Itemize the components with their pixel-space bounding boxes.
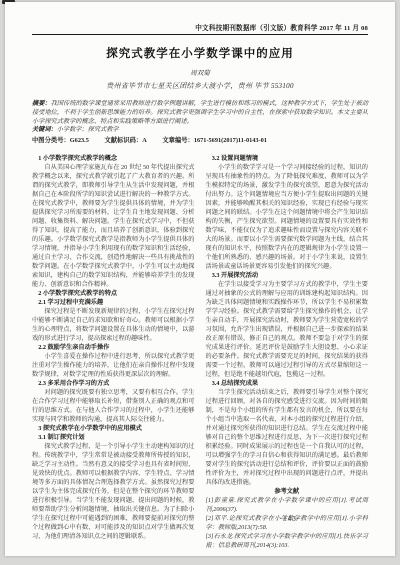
paragraph: 在学生以接受学习为主要学习方式的教学中，学生主要通过对抽象的公式的理解与应用的训…: [206, 280, 369, 379]
article-id: 文章编号：1671-5691(2017)11-0143-01: [162, 137, 267, 144]
header-divider: [32, 34, 368, 35]
subsection-heading: 3.1 制订探究计划: [32, 433, 195, 442]
journal-header: 中文科技期刊数据库（引文版）教育科学 2017 年 11 月 08: [32, 22, 368, 32]
page-number: ·143·: [210, 515, 370, 523]
keywords-text: 小学数学；探究式教学: [57, 126, 119, 133]
abstract-label: 摘要：: [32, 100, 51, 107]
paragraph: 小学生喜爱在操作过程中进行思考，所以探究式教学更注重对学生操作能力的培养，让他们…: [32, 352, 195, 379]
left-column: 1 小学数学探究式教学的概念自从美国心理学家施瓦布在 20 世纪 50 年代提出…: [32, 154, 195, 550]
subsection-heading: 3.4 总结探究成果: [206, 379, 369, 388]
keywords-label: 关键词：: [32, 126, 57, 133]
abstract-text: 我国传统的数学课堂通常采用教师进行数学例题讲解，学生进行模仿和练习的模式，这种教…: [32, 100, 368, 125]
subsection-heading: 2.3 多采用合作学习的方式: [32, 379, 195, 388]
document-code: 文献标识码：A: [104, 137, 146, 144]
section-heading: 1 小学数学探究式教学的概念: [32, 154, 195, 163]
author-affiliation: 贵州省毕节市七星关区团结乡大渡小学，贵州 毕节 553100: [32, 81, 368, 91]
paragraph: 对问题的探究既要有独立思考，又要有相互合作。学生在合作学习过程中能够取长补短，借…: [32, 388, 195, 424]
abstract: 摘要：我国传统的数学课堂通常采用教师进行数学例题讲解，学生进行模仿和练习的模式，…: [32, 100, 368, 126]
keywords: 关键词：小学数学；探究式教学: [32, 126, 368, 135]
author-name: 周双菊: [32, 67, 368, 77]
subsection-heading: 3.3 开展探究活动: [206, 271, 369, 280]
paragraph: 小学生的数学学习是一个学习间接经验的过程，知识的呈现具有抽象性的特点。为了降低探…: [206, 163, 369, 271]
two-column-body: 1 小学数学探究式教学的概念自从美国心理学家施瓦布在 20 世纪 50 年代提出…: [32, 154, 368, 550]
reference-item: [1]彭童童.探究式教学在小学数学课中的应用[J].考试周刊,2006(37).: [206, 496, 369, 514]
subsection-heading: 3.2 设置问题情境: [206, 154, 369, 163]
reference-item: [3]石永龙.探究式学习在小学数学教学中的应用[J].快乐学习报：信息教研周刊,…: [206, 532, 369, 550]
paragraph: 探究过程是不断发现新规律的过程，小学生在探究过程中能够不断满足自己的求知欲和好奇…: [32, 307, 195, 343]
paragraph: 探究式教学过程，是一个引导小学生主动建构知识的过程。传统教学中，学生常常是被动接…: [32, 442, 195, 541]
document-page: 中文科技期刊数据库（引文版）教育科学 2017 年 11 月 08 探究式教学在…: [5, 2, 395, 556]
paragraph: 自从美国心理学家施瓦布在 20 世纪 50 年代提出探究式教学概念以来，探究式教…: [32, 163, 195, 289]
article-meta: 中图分类号：G623.5 文献标识码：A 文章编号：1671-5691(2017…: [32, 136, 368, 145]
section-heading: 3 探究式教学在小学数学中的应用模式: [32, 424, 195, 433]
section-heading: 2 小学数学探究式教学的特点: [32, 289, 195, 298]
references-title: 参考文献: [206, 487, 369, 496]
subsection-heading: 2.2 鼓励学生亲自动手操作: [32, 343, 195, 352]
clc-number: 中图分类号：G623.5: [32, 137, 89, 144]
paragraph: 当学生探究活动结束之后，教师要引导学生对整个探究过程进行回顾，对各自的探究感受进…: [206, 388, 369, 487]
subsection-heading: 2.1 学习过程中充满乐趣: [32, 298, 195, 307]
right-column: 3.2 设置问题情境小学生的数学学习是一个学习间接经验的过程，知识的呈现具有抽象…: [206, 154, 369, 550]
paper-title: 探究式教学在小学数学课中的应用: [32, 45, 368, 61]
